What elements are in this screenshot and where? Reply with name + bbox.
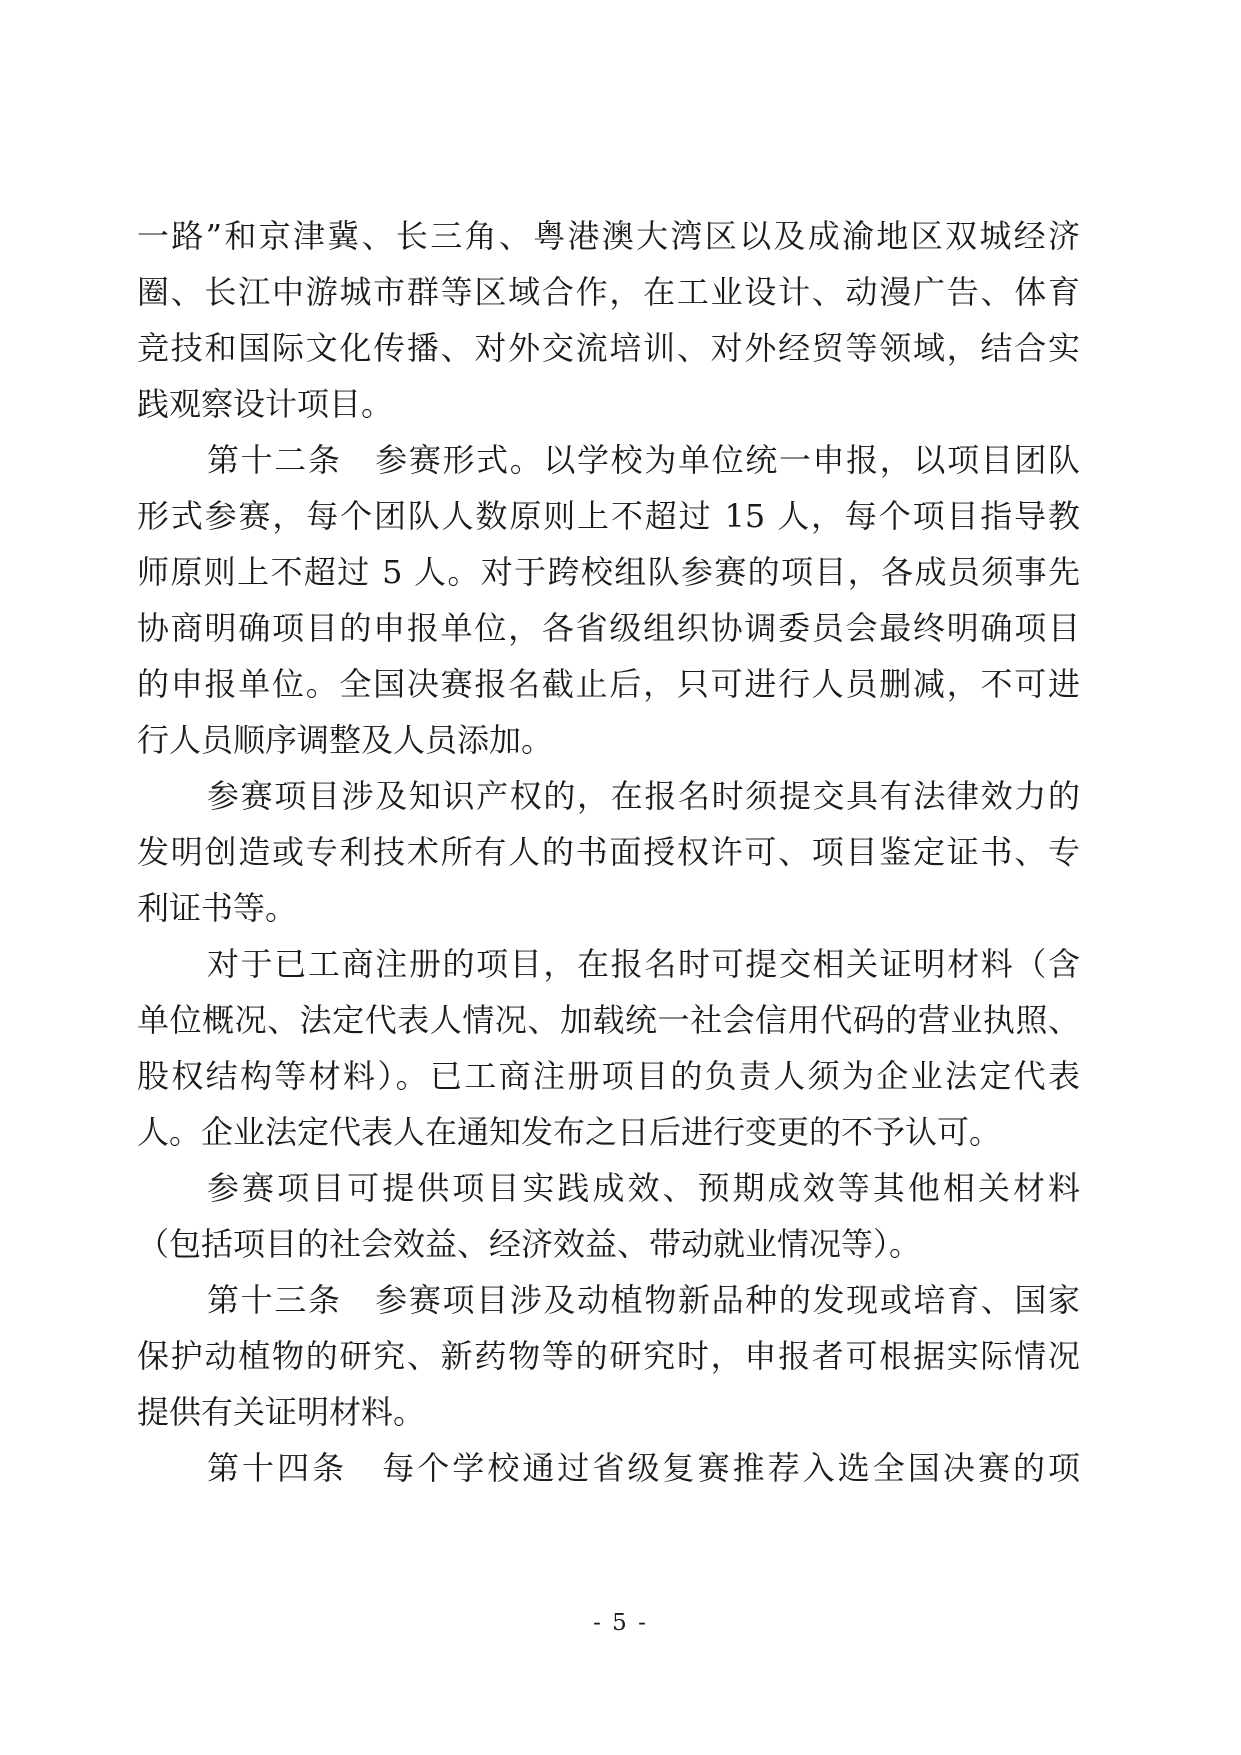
body-line-12: 发明创造或专利技术所有人的书面授权许可、项目鉴定证书、专 [137,824,1080,880]
body-line-13: 利证书等。 [137,880,1080,936]
body-line-19: （包括项目的社会效益、经济效益、带动就业情况等）。 [137,1216,1080,1272]
body-line-11: 参赛项目涉及知识产权的，在报名时须提交具有法律效力的 [137,768,1080,824]
body-line-20: 第十三条 参赛项目涉及动植物新品种的发现或培育、国家 [137,1272,1080,1328]
body-line-03: 竞技和国际文化传播、对外交流培训、对外经贸等领域，结合实 [137,320,1080,376]
body-line-15: 单位概况、法定代表人情况、加载统一社会信用代码的营业执照、 [137,992,1080,1048]
body-line-08: 协商明确项目的申报单位，各省级组织协调委员会最终明确项目 [137,600,1080,656]
body-line-10: 行人员顺序调整及人员添加。 [137,712,1080,768]
document-body: 一路”和京津冀、长三角、粤港澳大湾区以及成渝地区双城经济 圈、长江中游城市群等区… [137,208,1080,1496]
body-line-09: 的申报单位。全国决赛报名截止后，只可进行人员删减，不可进 [137,656,1080,712]
body-line-17: 人。企业法定代表人在通知发布之日后进行变更的不予认可。 [137,1104,1080,1160]
body-line-14: 对于已工商注册的项目，在报名时可提交相关证明材料（含 [137,936,1080,992]
page-number: - 5 - [593,1610,648,1636]
page-footer: - 5 - [0,1608,1241,1638]
body-line-23: 第十四条 每个学校通过省级复赛推荐入选全国决赛的项 [137,1440,1080,1496]
body-line-01: 一路”和京津冀、长三角、粤港澳大湾区以及成渝地区双城经济 [137,208,1080,264]
body-line-16: 股权结构等材料）。已工商注册项目的负责人须为企业法定代表 [137,1048,1080,1104]
body-line-06: 形式参赛，每个团队人数原则上不超过 15 人，每个项目指导教 [137,488,1080,544]
body-line-05: 第十二条 参赛形式。以学校为单位统一申报，以项目团队 [137,432,1080,488]
body-line-04: 践观察设计项目。 [137,376,1080,432]
body-line-18: 参赛项目可提供项目实践成效、预期成效等其他相关材料 [137,1160,1080,1216]
body-line-21: 保护动植物的研究、新药物等的研究时，申报者可根据实际情况 [137,1328,1080,1384]
body-line-02: 圈、长江中游城市群等区域合作，在工业设计、动漫广告、体育 [137,264,1080,320]
body-line-22: 提供有关证明材料。 [137,1384,1080,1440]
body-line-07: 师原则上不超过 5 人。对于跨校组队参赛的项目，各成员须事先 [137,544,1080,600]
document-page: 一路”和京津冀、长三角、粤港澳大湾区以及成渝地区双城经济 圈、长江中游城市群等区… [0,0,1241,1755]
